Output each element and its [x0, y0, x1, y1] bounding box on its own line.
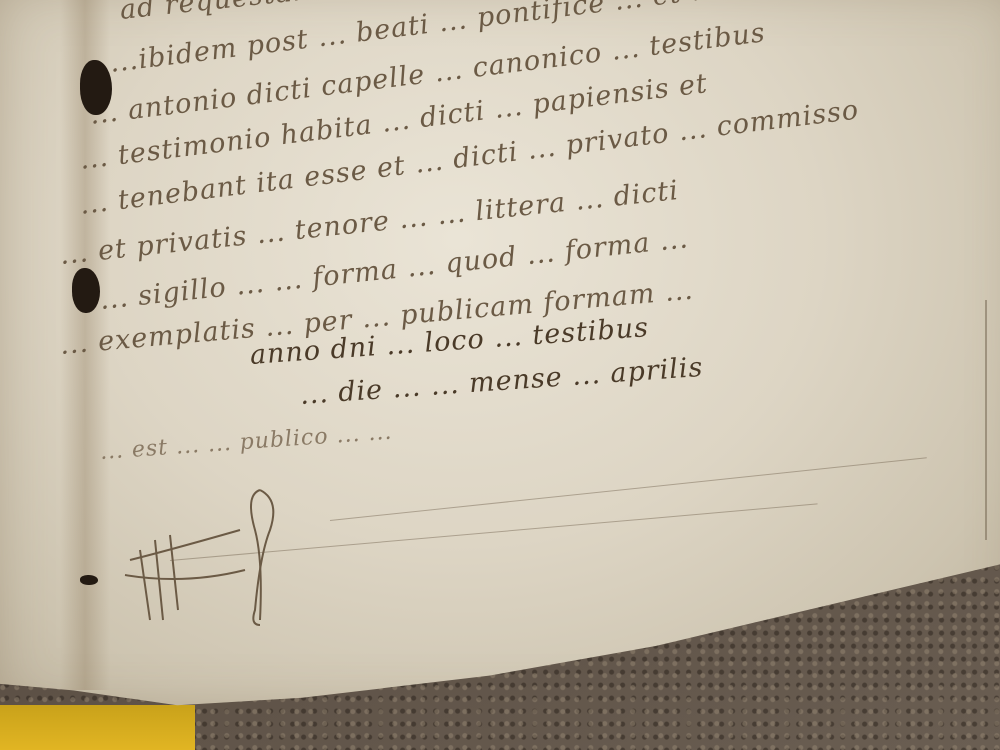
text-line: ... est ... ... publico ... ... [99, 420, 393, 465]
notarial-signature-icon [110, 480, 300, 630]
manuscript-text: ad requestam ... [illegible] ...ibidem p… [0, 0, 1000, 750]
